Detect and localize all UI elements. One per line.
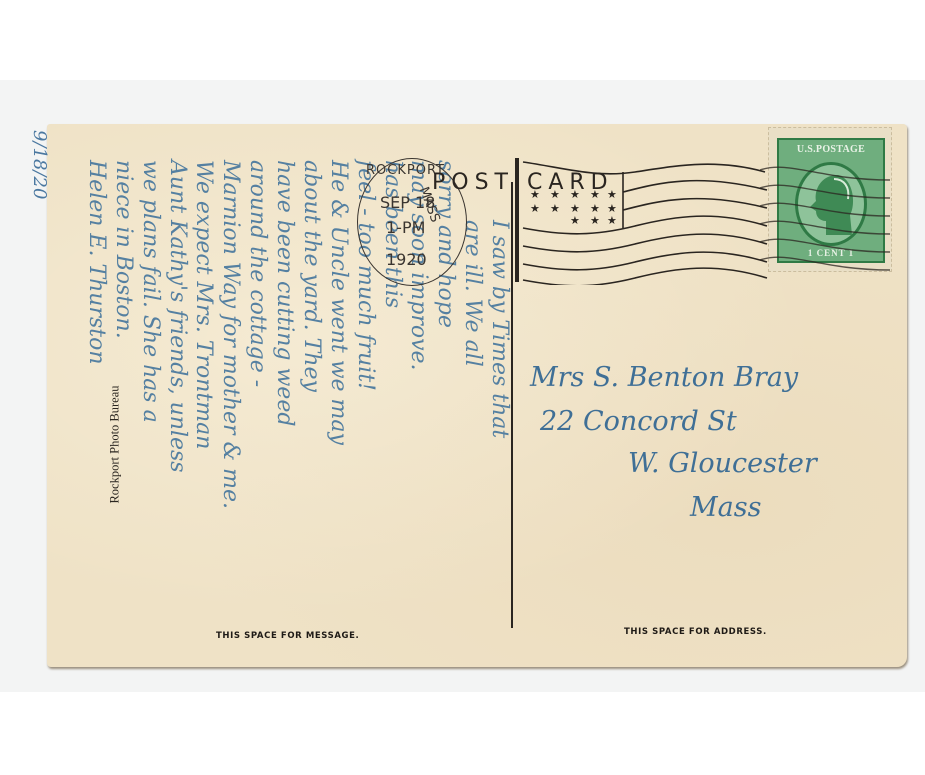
flag-cancel-icon: ★★★★★ ★★★★★ ★★★ xyxy=(505,150,775,285)
svg-text:★: ★ xyxy=(607,214,617,227)
address-line-1: Mrs S. Benton Bray xyxy=(530,362,798,393)
svg-text:★: ★ xyxy=(550,188,560,201)
message-line: we plans fail. She has a xyxy=(138,160,163,423)
address-line-2: 22 Concord St xyxy=(540,406,737,437)
message-line: Helen E. Thurston xyxy=(84,160,109,365)
message-line: Aunt Kathy's friends, unless xyxy=(165,160,190,473)
message-line: niece in Boston. xyxy=(111,160,136,339)
address-caption: THIS SPACE FOR ADDRESS. xyxy=(624,627,767,637)
svg-text:★: ★ xyxy=(570,188,580,201)
svg-text:★: ★ xyxy=(590,188,600,201)
message-line: Marnion Way for mother & me. xyxy=(218,160,243,509)
svg-text:★: ★ xyxy=(530,188,540,201)
message-line: We expect Mrs. Trontman xyxy=(191,160,216,449)
svg-text:★: ★ xyxy=(570,214,580,227)
wavy-cancel-lines-icon xyxy=(760,150,890,280)
message-line: about the yard. They xyxy=(299,160,324,392)
date-note: 9/18/20 xyxy=(29,130,50,199)
svg-text:★: ★ xyxy=(550,202,560,215)
address-line-3: W. Gloucester xyxy=(628,448,817,479)
message-line: around the cottage - xyxy=(245,160,270,387)
message-line: have been cutting weed xyxy=(272,160,297,426)
message-line: He & Uncle went we may xyxy=(326,160,351,445)
message-caption: THIS SPACE FOR MESSAGE. xyxy=(216,631,359,641)
address-line-4: Mass xyxy=(690,492,761,523)
publisher-imprint: Rockport Photo Bureau xyxy=(108,370,123,520)
message-address-divider xyxy=(511,182,513,628)
postmark-time: 1-PM xyxy=(386,218,425,237)
svg-text:★: ★ xyxy=(607,188,617,201)
postmark-year: 1920 xyxy=(386,250,427,269)
svg-text:★: ★ xyxy=(590,214,600,227)
svg-text:★: ★ xyxy=(530,202,540,215)
